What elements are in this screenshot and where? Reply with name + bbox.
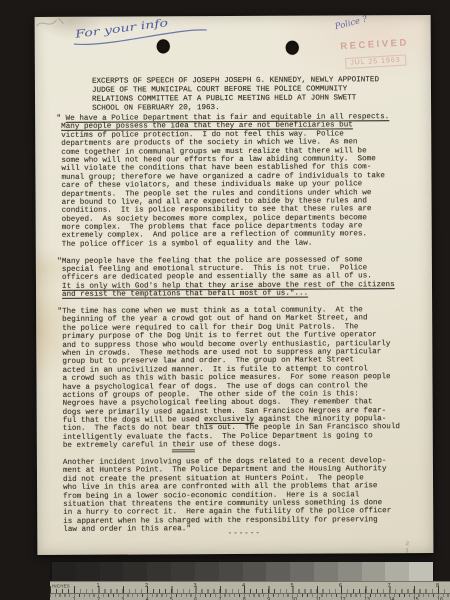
wedge-step [266, 562, 290, 581]
wedge-step [52, 562, 76, 581]
wedge-step [314, 562, 338, 581]
separator-dashes: ------ [63, 529, 425, 539]
wedge-step [195, 562, 219, 581]
wedge-step [409, 562, 433, 581]
wedge-step [76, 562, 100, 581]
wedge-step [123, 562, 147, 581]
pencil-scribble [33, 12, 73, 34]
grayscale-calibration-bar [52, 562, 433, 581]
pencil-marks: 2 1 [405, 540, 434, 556]
inch-number: 3 [194, 583, 197, 589]
received-stamp-date: JUL 25 1963 [345, 55, 406, 69]
ruler-inches-row: INCHES 12345678 [50, 582, 450, 594]
inch-number: 6 [339, 583, 342, 589]
inch-number: 2 [145, 583, 148, 589]
handwritten-query: Police ? [334, 14, 368, 32]
wedge-step [219, 562, 243, 581]
inch-number: 5 [291, 583, 294, 589]
ruler: INCHES 12345678 123456789101112131415161… [50, 581, 450, 600]
hole-punch [286, 41, 299, 55]
wedge-step [385, 562, 409, 581]
wedge-step [147, 562, 171, 581]
received-stamp: RECEIVED JUL 25 1963 [340, 37, 410, 70]
wedge-step [338, 562, 362, 581]
inch-number: 4 [242, 583, 245, 589]
wedge-step [362, 562, 386, 581]
hole-punch [157, 39, 170, 53]
wedge-step [243, 562, 267, 581]
wedge-step [290, 562, 314, 581]
document-title: EXCERPTS OF SPEECH OF JOSEPH JOSEPH G. K… [92, 76, 422, 114]
ruler-cm-row: 123456789101112131415161718 [50, 594, 450, 600]
handwritten-note: For your info [75, 5, 264, 41]
received-stamp-text: RECEIVED [340, 37, 409, 52]
inch-number: 7 [388, 583, 391, 589]
inch-number: 8 [436, 583, 439, 589]
scanned-photo: For your info Police ? RECEIVED JUL 25 1… [0, 0, 450, 600]
document-page: For your info Police ? RECEIVED JUL 25 1… [35, 15, 434, 555]
wedge-step [100, 562, 124, 581]
document-body-text: " We have a Police Department that is fa… [61, 113, 425, 534]
wedge-step [171, 562, 195, 581]
ruler-unit-label: INCHES [52, 584, 70, 589]
inch-number: 1 [97, 583, 100, 589]
